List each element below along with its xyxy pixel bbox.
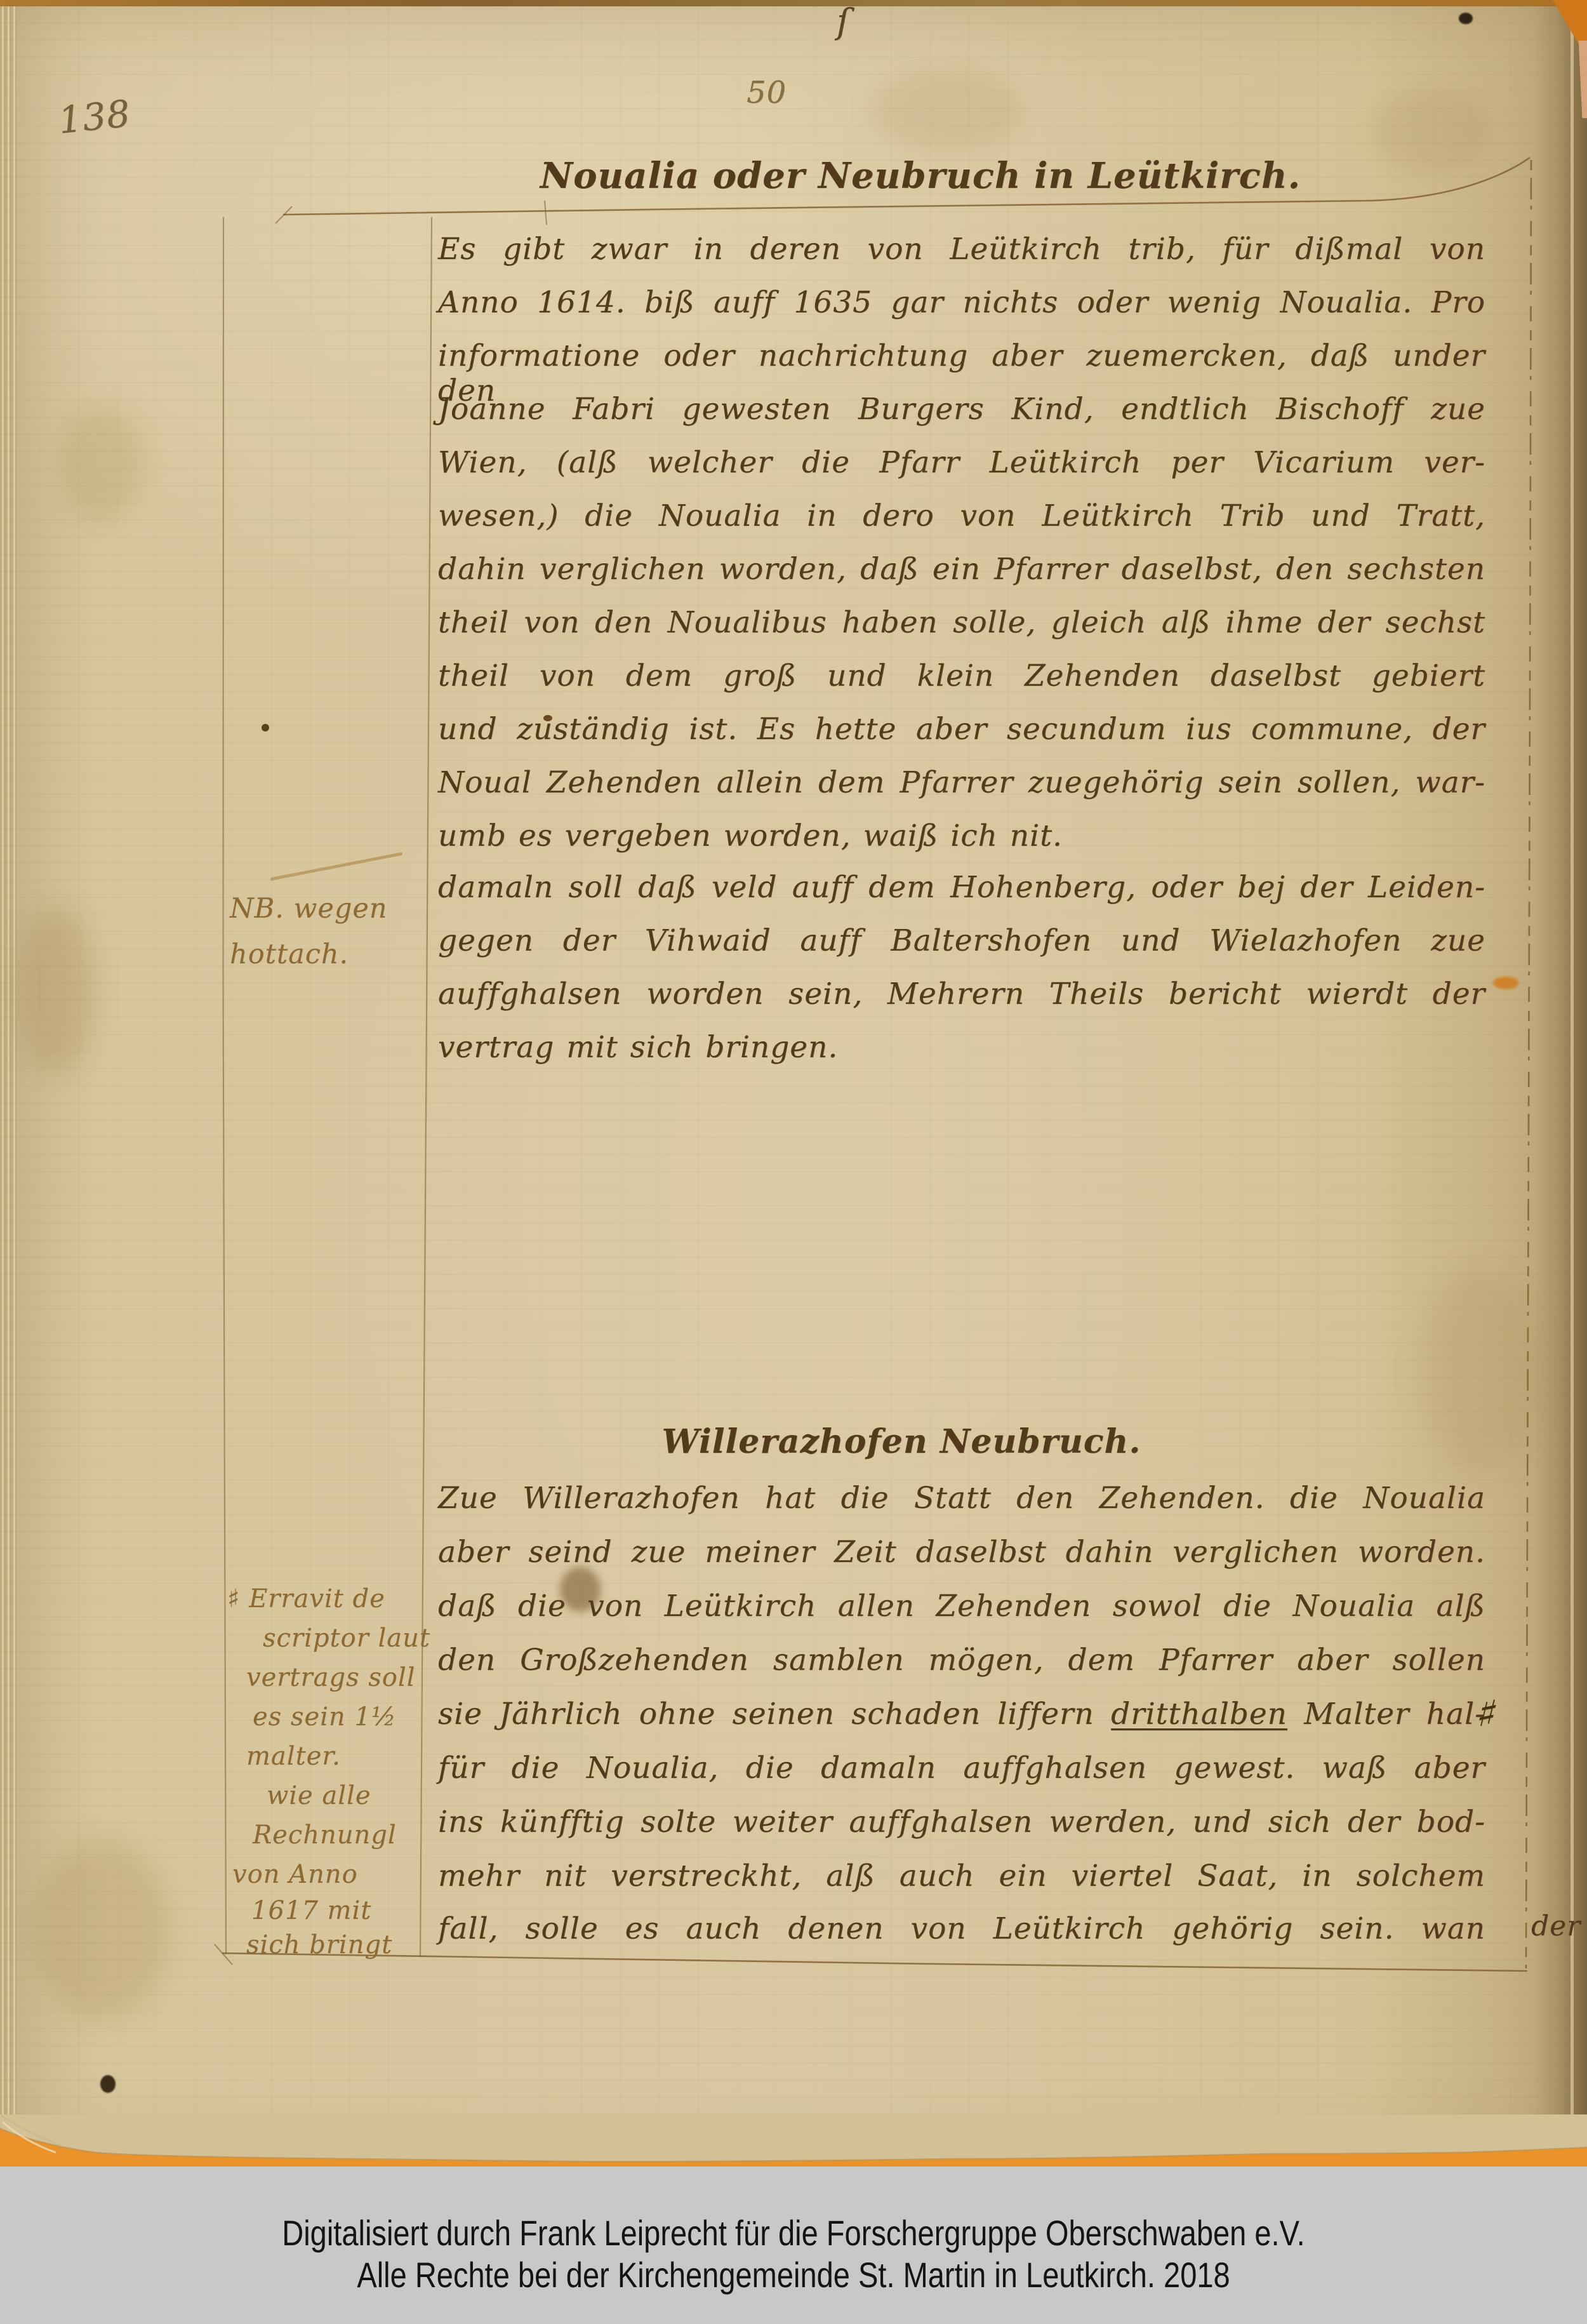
text-line: Wien, (alß welcher die Pfarr Leütkirch p… [438,445,1485,480]
margin-note-line: ♯ Erravit de [227,1584,385,1613]
digitized-manuscript-page: 138 50 ſ Noualia oder Neubruch in Leütki… [0,0,1587,2324]
margin-note-line: von Anno [232,1860,358,1889]
text-line: ins künfftig solte weiter auffghalsen we… [438,1805,1485,1840]
page-number: 50 [747,75,787,110]
text-line: für die Noualia, die damaln auffghalsen … [438,1751,1485,1786]
margin-note-line: Rechnungl [253,1820,397,1850]
text-line: damaln soll daß veld auff dem Hohenberg,… [438,870,1485,905]
text-line: mehr nit verstreckht, alß auch ein viert… [438,1859,1485,1893]
folio-number: 138 [56,91,133,142]
margin-note-line: vertrags soll [246,1663,415,1692]
banner-credit-line-1: Digitalisiert durch Frank Leiprecht für … [127,2212,1460,2254]
text-line: den Großzehenden samblen mögen, dem Pfar… [438,1643,1485,1678]
text-line: Noual Zehenden allein dem Pfarrer zuegeh… [438,765,1485,800]
margin-note-line: hottach. [230,938,349,970]
overflow-word: der [1531,1910,1581,1942]
frame-top-tick [545,201,547,225]
margin-note-line: wie alle [267,1781,371,1810]
ruled-frame [0,0,1587,2167]
digitization-banner: Digitalisiert durch Frank Leiprecht für … [0,2167,1587,2324]
text-line: gegen der Vihwaid auff Baltershofen und … [438,923,1485,958]
frame-right-line [1526,160,1531,1968]
banner-credit-line-2: Alle Rechte bei der Kirchengemeinde St. … [127,2254,1460,2295]
margin-note-line: es sein 1½ [253,1702,397,1732]
text-line: aber seind zue meiner Zeit daselbst dahi… [438,1535,1485,1570]
line-text: Malter hal- [1287,1697,1485,1732]
text-line: auffghalsen worden sein, Mehrern Theils … [438,977,1485,1012]
line-text: sie Jährlich ohne seinen schaden liffern [438,1697,1111,1732]
section-heading: Willerazhofen Neubruch. [521,1422,1282,1461]
text-line: und zuständig ist. Es hette aber secundu… [438,712,1485,747]
frame-left-line [223,217,226,1954]
underlined-word: dritthalben [1111,1697,1287,1732]
text-line: Joanne Fabri gewesten Burgers Kind, endt… [438,392,1485,427]
text-line: theil von dem groß und klein Zehenden da… [438,658,1485,693]
text-line: Zue Willerazhofen hat die Statt den Zehe… [438,1481,1485,1516]
margin-note-line: sich bringt [246,1930,392,1960]
margin-note-line: NB. wegen [230,893,387,925]
text-line: daß die von Leütkirch allen Zehenden sow… [438,1589,1485,1624]
frame-margin-divider [420,217,432,1957]
page-bottom-edge [0,2114,1587,2167]
corner-pen-mark: ſ [837,1,850,41]
text-line: Es gibt zwar in deren von Leütkirch trib… [438,232,1485,267]
frame-corner-tick [215,1944,232,1965]
text-line: dahin verglichen worden, daß ein Pfarrer… [438,552,1485,587]
page-title: Noualia oder Neubruch in Leütkirch. [521,155,1320,197]
text-line: fall, solle es auch denen von Leütkirch … [438,1911,1485,1946]
margin-note-line: scriptor laut [263,1624,430,1653]
text-line: umb es vergeben worden, waiß ich nit. [438,818,1063,853]
text-line: theil von den Noualibus haben solle, gle… [438,605,1485,640]
margin-note-line: malter. [246,1742,341,1771]
frame-bottom-line [222,1953,1527,1971]
text-line: wesen,) die Noualia in dero von Leütkirc… [438,498,1485,533]
margin-note-line: 1617 mit [251,1896,371,1925]
text-line: Anno 1614. biß auff 1635 gar nichts oder… [438,285,1485,320]
text-line: sie Jährlich ohne seinen schaden liffern… [438,1697,1485,1732]
text-line: vertrag mit sich bringen. [438,1030,838,1065]
